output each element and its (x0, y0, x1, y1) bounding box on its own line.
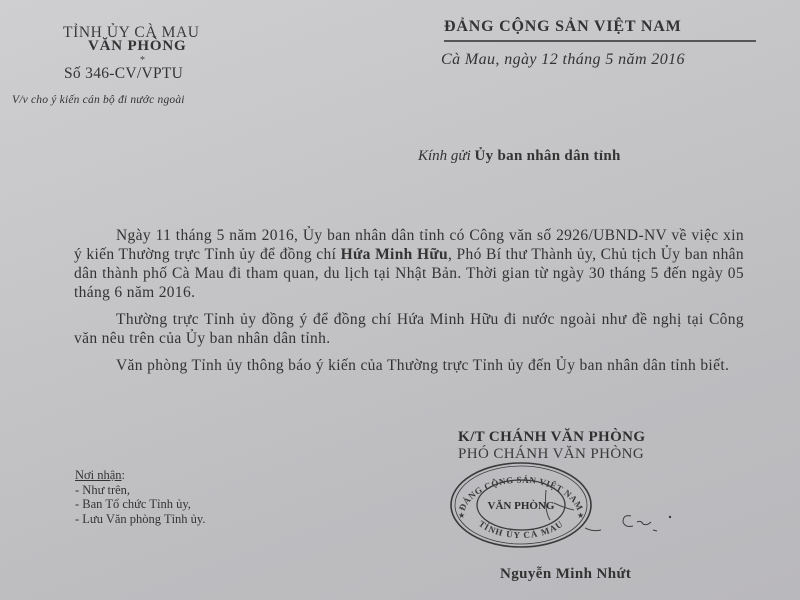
recipients-heading: Nơi nhận: (75, 468, 206, 483)
addressee: Kính gửi Ủy ban nhân dân tỉnh (418, 148, 621, 165)
party-name-underline (444, 40, 756, 42)
recipients-title: Nơi nhận (75, 468, 122, 482)
seal-center-text: VĂN PHÒNG (488, 500, 555, 512)
svg-text:★: ★ (458, 511, 465, 520)
document-number: Số 346-CV/VPTU (64, 65, 183, 83)
recipient-item: - Ban Tổ chức Tỉnh ủy, (75, 497, 206, 512)
document-subject: V/v cho ý kiến cán bộ đi nước ngoài (12, 94, 185, 106)
letter-body: Ngày 11 tháng 5 năm 2016, Ủy ban nhân dâ… (74, 226, 744, 383)
addressee-recipient: Ủy ban nhân dân tỉnh (475, 148, 621, 164)
body-paragraph-1: Ngày 11 tháng 5 năm 2016, Ủy ban nhân dâ… (74, 226, 744, 302)
official-seal-icon: ĐẢNG CỘNG SẢN VIỆT NAM TỈNH ỦY CÀ MAU VĂ… (446, 460, 596, 550)
svg-text:★: ★ (577, 511, 584, 520)
official-letter: TỈNH ỦY CÀ MAU VĂN PHÒNG * Số 346-CV/VPT… (0, 0, 800, 600)
recipient-item: - Lưu Văn phòng Tỉnh ủy. (75, 512, 206, 527)
body-p1-name: Hứa Minh Hữu (341, 246, 448, 263)
recipient-item: - Như trên, (75, 483, 206, 498)
body-paragraph-3: Văn phòng Tỉnh ủy thông báo ý kiến của T… (74, 356, 744, 375)
signer-name: Nguyễn Minh Nhứt (500, 566, 631, 583)
party-name: ĐẢNG CỘNG SẢN VIỆT NAM (444, 18, 681, 36)
addressee-label: Kính gửi (418, 148, 471, 164)
body-paragraph-2: Thường trực Tỉnh ủy đồng ý để đồng chí H… (74, 310, 744, 348)
issuing-office: VĂN PHÒNG (88, 38, 186, 55)
signature-title-primary: K/T CHÁNH VĂN PHÒNG (458, 429, 645, 446)
recipients-colon: : (122, 468, 125, 482)
place-date: Cà Mau, ngày 12 tháng 5 năm 2016 (441, 51, 685, 69)
handwritten-signature-icon (585, 500, 695, 540)
recipients-block: Nơi nhận: - Như trên, - Ban Tổ chức Tỉnh… (75, 468, 206, 526)
seal-bottom-text: TỈNH ỦY CÀ MAU (477, 518, 565, 540)
svg-text:TỈNH ỦY CÀ MAU: TỈNH ỦY CÀ MAU (477, 518, 565, 540)
